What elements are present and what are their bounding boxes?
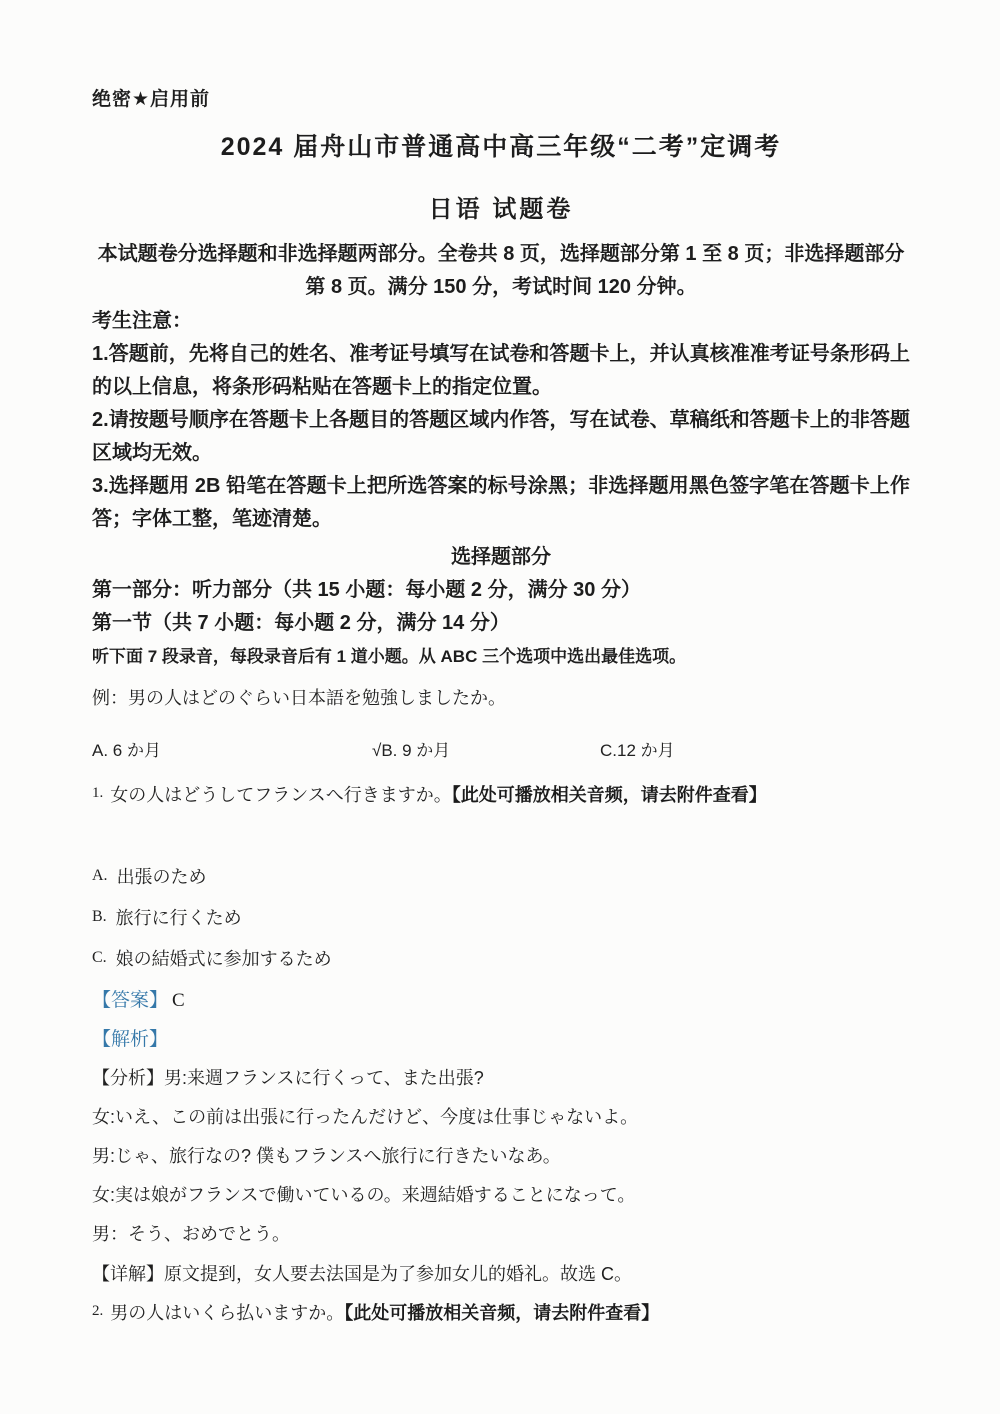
intro-line-1: 本试题卷分选择题和非选择题两部分。全卷共 8 页，选择题部分第 1 至 8 页；… (92, 238, 910, 271)
question-2-number: 2. (92, 1303, 103, 1319)
example-option-c: C.12 か月 (600, 736, 910, 761)
part1-section1-title: 第一节（共 7 小题：每小题 2 分，满分 14 分） (92, 607, 910, 640)
question-1-detail: 【详解】原文提到，女人要去法国是为了参加女儿的婚礼。故选 C。 (92, 1261, 910, 1288)
question-1-answer: 【答案】C (92, 987, 910, 1014)
question-1-audio-note: 【此处可播放相关音频，请去附件查看】 (452, 785, 767, 805)
question-1-text: 女の人はどうしてフランスへ行きますか。 (110, 785, 451, 805)
notice-item: 3.选择题用 2B 铅笔在答题卡上把所选答案的标号涂黑；非选择题用黑色签字笔在答… (92, 470, 910, 536)
dialog-line: 男:じゃ、旅行なの? 僕もフランスへ旅行に行きたいなあ。 (92, 1143, 910, 1170)
example-question: 例：男の人はどのぐらい日本語を勉強しましたか。 (92, 684, 910, 712)
option-b-text: 旅行に行くため (116, 908, 242, 928)
option-b-label: B. (92, 908, 107, 925)
question-2-text: 男の人はいくら払いますか。 (110, 1303, 344, 1323)
part1-title: 第一部分：听力部分（共 15 小题：每小题 2 分，满分 30 分） (92, 574, 910, 607)
example-options-row: A. 6 か月 √B. 9 か月 C.12 か月 (92, 736, 910, 761)
question-2: 2.男の人はいくら払いますか。【此处可播放相关音频，请去附件查看】 (92, 1300, 910, 1329)
notice-title: 考生注意： (92, 304, 910, 338)
question-1-option-a: A.出張のため (92, 864, 910, 892)
question-1: 1.女の人はどうしてフランスへ行きますか。【此处可播放相关音频，请去附件查看】 (92, 782, 910, 811)
notice-item: 1.答题前，先将自己的姓名、准考证号填写在试卷和答题卡上，并认真核准准考证号条形… (92, 338, 910, 404)
paper-subtitle: 日语 试题卷 (92, 189, 910, 224)
classification-label: 绝密★启用前 (92, 84, 910, 111)
option-a-label: A. (92, 867, 108, 884)
answer-letter: C (172, 990, 185, 1011)
analysis-marker: 【解析】 (92, 1029, 168, 1050)
exam-paper-page: 绝密★启用前 2024 届舟山市普通高中高三年级“二考”定调考 日语 试题卷 本… (0, 0, 1000, 1414)
option-c-text: 娘の結婚式に参加するため (116, 949, 332, 969)
example-option-b-checked: √B. 9 か月 (372, 736, 600, 761)
question-2-audio-note: 【此处可播放相关音频，请去附件查看】 (344, 1303, 659, 1323)
question-1-analysis-header: 【解析】 (92, 1026, 910, 1053)
question-1-number: 1. (92, 785, 103, 801)
choice-section-header: 选择题部分 (92, 541, 910, 574)
option-a-text: 出張のため (117, 867, 207, 887)
notice-item: 2.请按题号顺序在答题卡上各题目的答题区域内作答，写在试卷、草稿纸和答题卡上的非… (92, 404, 910, 470)
example-option-a: A. 6 か月 (92, 736, 372, 761)
part1-instruction: 听下面 7 段录音，每段录音后有 1 道小题。从 ABC 三个选项中选出最佳选项… (92, 640, 910, 673)
answer-marker: 【答案】 (92, 990, 168, 1011)
question-1-option-b: B.旅行に行くため (92, 905, 910, 933)
dialog-line: 女:実は娘がフランスで働いているの。来週結婚することになって。 (92, 1182, 910, 1209)
option-c-label: C. (92, 949, 107, 966)
dialog-line: 【分析】男:来週フランスに行くって、また出張? (92, 1065, 910, 1092)
candidate-notice: 考生注意： 1.答题前，先将自己的姓名、准考证号填写在试卷和答题卡上，并认真核准… (92, 304, 910, 536)
question-1-option-c: C.娘の結婚式に参加するため (92, 946, 910, 974)
paper-intro: 本试题卷分选择题和非选择题两部分。全卷共 8 页，选择题部分第 1 至 8 页；… (92, 238, 910, 304)
dialog-line: 男：そう、おめでとう。 (92, 1221, 910, 1248)
dialog-line: 女:いえ、この前は出張に行ったんだけど、今度は仕事じゃないよ。 (92, 1104, 910, 1131)
intro-line-2: 第 8 页。满分 150 分，考试时间 120 分钟。 (92, 271, 910, 304)
page-title: 2024 届舟山市普通高中高三年级“二考”定调考 (92, 127, 910, 163)
